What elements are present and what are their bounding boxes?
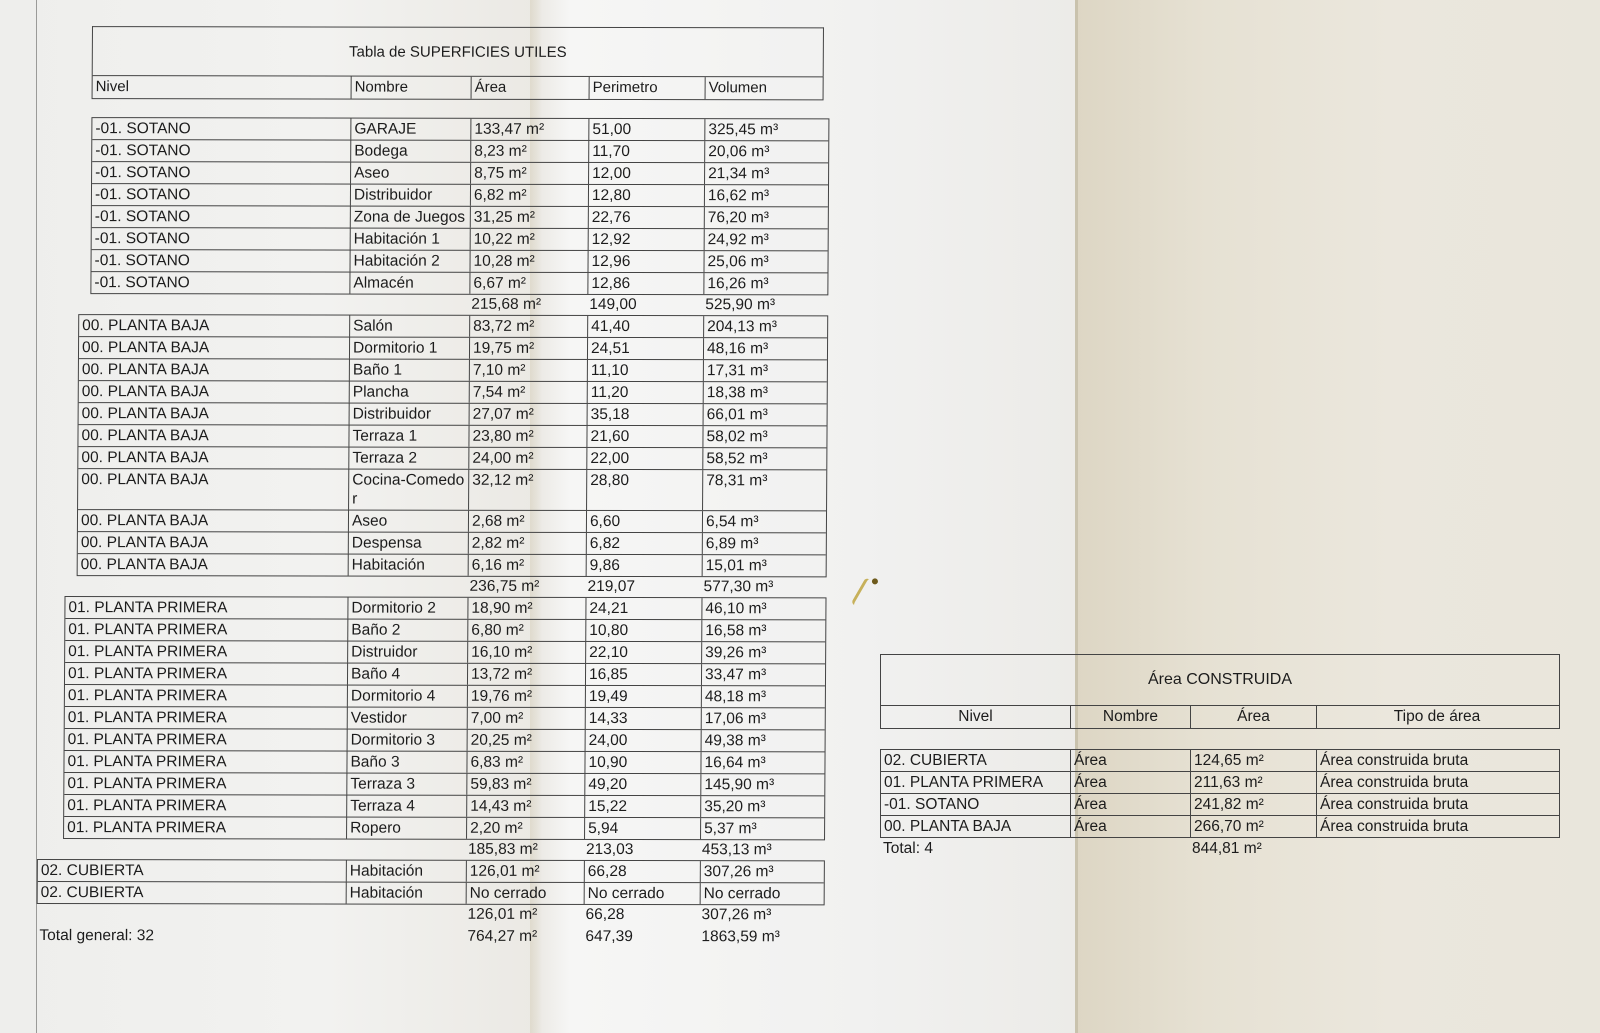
cell-tipo: Área construida bruta	[1316, 816, 1557, 837]
cell-area: 2,68 m²	[468, 511, 586, 532]
subtotal-row: 126,01 m²66,28307,26 m³	[37, 904, 825, 925]
table-row: 00. PLANTA BAJAAseo2,68 m²6,606,54 m³	[78, 509, 826, 532]
cell-perimetro: 14,33	[585, 708, 701, 729]
cell-perimetro: 24,00	[585, 730, 701, 751]
table-groups: -01. SOTANOGARAJE133,47 m²51,00325,45 m³…	[35, 117, 830, 925]
cell-nivel: 01. PLANTA PRIMERA	[65, 663, 347, 684]
cell-perimetro: 51,00	[588, 119, 704, 140]
cell-perimetro: No cerrado	[584, 883, 700, 904]
cell-perimetro: 28,80	[586, 470, 702, 510]
cell-perimetro: 12,00	[588, 163, 704, 184]
cell-nivel: 00. PLANTA BAJA	[79, 381, 349, 402]
cell-nivel: 00. PLANTA BAJA	[78, 554, 348, 575]
cell-area: 7,00 m²	[467, 708, 585, 729]
cell-volumen: 5,37 m³	[700, 818, 818, 839]
cell-volumen: 18,38 m³	[703, 382, 821, 403]
cell-nombre: Vestidor	[347, 708, 467, 729]
subtotal-row: 185,83 m²213,03453,13 m³	[63, 839, 825, 860]
construida-total-value: 844,81 m²	[1189, 838, 1315, 860]
table-row: 02. CUBIERTAHabitación126,01 m²66,28307,…	[38, 860, 824, 882]
cell-perimetro: 49,20	[584, 774, 700, 795]
subtotal-perimetro: 66,28	[583, 905, 699, 925]
cell-volumen: 25,06 m³	[703, 251, 821, 272]
cell-nombre: Terraza 4	[346, 796, 466, 817]
table-row: 00. PLANTA BAJABaño 17,10 m²11,1017,31 m…	[79, 358, 827, 381]
cell-area: 266,70 m²	[1190, 816, 1316, 837]
cell-volumen: 6,54 m³	[702, 511, 820, 532]
cell-nombre: Zona de Juegos	[350, 207, 470, 228]
paper-edge	[1075, 0, 1078, 1033]
column-header-area: Área	[1190, 706, 1316, 728]
cell-nivel: 00. PLANTA BAJA	[79, 403, 349, 424]
level-table: 02. CUBIERTAHabitación126,01 m²66,28307,…	[37, 859, 825, 905]
level-table: -01. SOTANOGARAJE133,47 m²51,00325,45 m³…	[90, 117, 829, 295]
cell-area: 20,25 m²	[467, 730, 585, 751]
cell-volumen: 16,64 m³	[700, 752, 818, 773]
subtotal-volumen: 577,30 m³	[701, 577, 819, 597]
table-row: -01. SOTANOAlmacén6,67 m²12,8616,26 m³	[91, 271, 827, 294]
cell-tipo: Área construida bruta	[1316, 750, 1557, 771]
cell-area: 126,01 m²	[466, 861, 584, 882]
table-row: 00. PLANTA BAJASalón83,72 m²41,40204,13 …	[79, 315, 827, 337]
cell-nivel: 00. PLANTA BAJA	[78, 510, 348, 531]
cell-perimetro: 5,94	[584, 818, 700, 839]
table-row: 01. PLANTA PRIMERATerraza 359,83 m²49,20…	[64, 772, 824, 795]
cell-volumen: No cerrado	[700, 883, 818, 904]
cell-area: 6,80 m²	[467, 620, 585, 641]
cell-nombre: Almacén	[349, 273, 469, 294]
cell-nivel: 00. PLANTA BAJA	[78, 532, 348, 553]
cell-volumen: 48,16 m³	[703, 338, 821, 359]
table-header: Nivel Nombre Área Perimetro Volumen	[92, 75, 824, 100]
cell-volumen: 16,58 m³	[701, 620, 819, 641]
cell-volumen: 21,34 m³	[704, 163, 822, 184]
cell-volumen: 24,92 m³	[704, 229, 822, 250]
cell-area: No cerrado	[466, 883, 584, 904]
cell-area: 8,23 m²	[470, 141, 588, 162]
cell-area: 59,83 m²	[466, 774, 584, 795]
table-row: 01. PLANTA PRIMERARopero2,20 m²5,945,37 …	[64, 816, 824, 839]
cell-perimetro: 22,00	[586, 448, 702, 469]
table-title: Tabla de SUPERFICIES UTILES	[92, 26, 824, 76]
cell-nombre: Área	[1070, 750, 1190, 771]
cell-area: 24,00 m²	[468, 448, 586, 469]
cell-nombre: Plancha	[349, 382, 469, 403]
subtotal-volumen: 307,26 m³	[699, 905, 817, 925]
cell-perimetro: 12,92	[588, 229, 704, 250]
paper-right-page	[1075, 0, 1600, 1033]
superficies-utiles-table: Tabla de SUPERFICIES UTILES Nivel Nombre…	[34, 26, 830, 947]
table-row: 01. PLANTA PRIMERABaño 26,80 m²10,8016,5…	[65, 618, 825, 641]
cell-nombre: Habitación 2	[349, 251, 469, 272]
cell-perimetro: 11,20	[587, 382, 703, 403]
cell-area: 2,20 m²	[466, 818, 584, 839]
table-row: 00. PLANTA BAJADistribuidor27,07 m²35,18…	[79, 402, 827, 425]
subtotal-perimetro: 149,00	[586, 295, 702, 315]
column-header-nombre: Nombre	[351, 77, 471, 99]
construida-header: Nivel Nombre Área Tipo de área	[880, 705, 1560, 729]
cell-nombre: Baño 2	[347, 620, 467, 641]
cell-nivel: 01. PLANTA PRIMERA	[65, 685, 347, 706]
cell-volumen: 307,26 m³	[700, 861, 818, 882]
cell-nivel: 00. PLANTA BAJA	[79, 315, 349, 336]
cell-volumen: 76,20 m³	[704, 207, 822, 228]
subtotal-area: 185,83 m²	[465, 840, 583, 860]
subtotal-volumen: 525,90 m³	[702, 295, 820, 315]
cell-perimetro: 19,49	[585, 686, 701, 707]
cell-nombre: Salón	[349, 316, 469, 337]
cell-nivel: -01. SOTANO	[92, 118, 350, 139]
column-header-volumen: Volumen	[705, 77, 823, 99]
cell-volumen: 33,47 m³	[701, 664, 819, 685]
cell-nombre: Baño 4	[347, 664, 467, 685]
construida-title: Área CONSTRUIDA	[880, 654, 1560, 705]
total-general-row: Total general: 32 764,27 m² 647,39 1863,…	[36, 926, 824, 947]
cell-nivel: 02. CUBIERTA	[881, 750, 1070, 771]
cell-area: 19,76 m²	[467, 686, 585, 707]
cell-nombre: Área	[1070, 794, 1190, 815]
table-row: 02. CUBIERTAÁrea124,65 m²Área construida…	[881, 750, 1559, 771]
cell-nombre: Despensa	[348, 533, 468, 554]
cell-nombre: Bodega	[350, 141, 470, 162]
cell-nivel: -01. SOTANO	[92, 162, 350, 183]
cell-area: 18,90 m²	[467, 598, 585, 619]
cell-volumen: 46,10 m³	[701, 598, 819, 619]
cell-perimetro: 6,60	[586, 511, 702, 532]
table-row: -01. SOTANOHabitación 110,22 m²12,9224,9…	[92, 227, 828, 250]
table-row: 01. PLANTA PRIMERADormitorio 218,90 m²24…	[65, 597, 825, 619]
cell-nivel: 01. PLANTA PRIMERA	[64, 817, 346, 838]
cell-area: 2,82 m²	[468, 533, 586, 554]
cell-area: 6,67 m²	[469, 273, 587, 294]
cell-nivel: -01. SOTANO	[91, 272, 349, 293]
cell-volumen: 16,62 m³	[704, 185, 822, 206]
cell-nivel: 01. PLANTA PRIMERA	[65, 597, 347, 618]
cell-perimetro: 21,60	[586, 426, 702, 447]
cell-tipo: Área construida bruta	[1316, 772, 1557, 793]
cell-area: 83,72 m²	[469, 316, 587, 337]
cell-nombre: Terraza 1	[348, 426, 468, 447]
cell-nivel: 00. PLANTA BAJA	[881, 816, 1070, 837]
cell-nombre: Habitación 1	[350, 229, 470, 250]
cell-nombre: Dormitorio 2	[347, 598, 467, 619]
table-row: -01. SOTANODistribuidor6,82 m²12,8016,62…	[92, 183, 828, 206]
table-row: 00. PLANTA BAJAHabitación6,16 m²9,8615,0…	[78, 553, 826, 576]
cell-volumen: 66,01 m³	[703, 404, 821, 425]
cell-area: 19,75 m²	[469, 338, 587, 359]
cell-volumen: 48,18 m³	[701, 686, 819, 707]
table-row: 01. PLANTA PRIMERATerraza 414,43 m²15,22…	[64, 794, 824, 817]
subtotal-area: 215,68 m²	[468, 295, 586, 315]
subtotal-area: 236,75 m²	[467, 577, 585, 597]
table-row: 00. PLANTA BAJAPlancha7,54 m²11,2018,38 …	[79, 380, 827, 403]
total-general-volumen: 1863,59 m³	[698, 927, 816, 947]
cell-nivel: 01. PLANTA PRIMERA	[65, 641, 347, 662]
cell-nombre: Ropero	[346, 818, 466, 839]
cell-perimetro: 16,85	[585, 664, 701, 685]
column-header-perimetro: Perimetro	[589, 77, 705, 99]
cell-volumen: 204,13 m³	[703, 316, 821, 337]
subtotal-row: 215,68 m²149,00525,90 m³	[90, 294, 828, 315]
cell-nombre: Habitación	[346, 883, 466, 904]
cell-nivel: 00. PLANTA BAJA	[79, 359, 349, 380]
table-row: -01. SOTANOGARAJE133,47 m²51,00325,45 m³	[92, 118, 828, 140]
cell-perimetro: 10,80	[585, 620, 701, 641]
cell-nivel: 00. PLANTA BAJA	[78, 447, 348, 468]
cell-nivel: 01. PLANTA PRIMERA	[881, 772, 1070, 793]
cell-nombre: Habitación	[346, 861, 466, 882]
cell-volumen: 20,06 m³	[704, 141, 822, 162]
cell-perimetro: 10,90	[584, 752, 700, 773]
subtotal-perimetro: 213,03	[583, 840, 699, 860]
table-row: -01. SOTANOHabitación 210,28 m²12,9625,0…	[92, 249, 828, 272]
subtotal-perimetro: 219,07	[585, 577, 701, 597]
table-row: 00. PLANTA BAJATerraza 224,00 m²22,0058,…	[78, 446, 826, 469]
cell-nivel: -01. SOTANO	[881, 794, 1070, 815]
cell-nivel: -01. SOTANO	[92, 184, 350, 205]
table-row: -01. SOTANOÁrea241,82 m²Área construida …	[881, 793, 1559, 815]
table-row: 01. PLANTA PRIMERABaño 413,72 m²16,8533,…	[65, 662, 825, 685]
cell-perimetro: 35,18	[587, 404, 703, 425]
cell-volumen: 49,38 m³	[701, 730, 819, 751]
cell-nivel: -01. SOTANO	[92, 228, 350, 249]
cell-nivel: 01. PLANTA PRIMERA	[64, 795, 346, 816]
cell-volumen: 145,90 m³	[700, 774, 818, 795]
table-row: 01. PLANTA PRIMERAVestidor7,00 m²14,3317…	[65, 706, 825, 729]
cell-area: 32,12 m²	[468, 470, 586, 510]
cell-area: 211,63 m²	[1190, 772, 1316, 793]
table-row: 01. PLANTA PRIMERABaño 36,83 m²10,9016,6…	[64, 750, 824, 773]
level-table: 00. PLANTA BAJASalón83,72 m²41,40204,13 …	[77, 314, 829, 577]
cell-volumen: 39,26 m³	[701, 642, 819, 663]
cell-nombre: Dormitorio 3	[347, 730, 467, 751]
cell-nombre: Dormitorio 4	[347, 686, 467, 707]
cell-nivel: 02. CUBIERTA	[38, 860, 346, 882]
cell-volumen: 325,45 m³	[704, 119, 822, 140]
cell-volumen: 17,06 m³	[701, 708, 819, 729]
table-row: 00. PLANTA BAJATerraza 123,80 m²21,6058,…	[78, 424, 826, 447]
cell-nivel: 00. PLANTA BAJA	[78, 425, 348, 446]
construida-total-label: Total: 4	[880, 838, 1069, 860]
cell-nombre: Distruidor	[347, 642, 467, 663]
cell-nombre: Baño 1	[349, 360, 469, 381]
cell-perimetro: 9,86	[586, 555, 702, 576]
cell-area: 31,25 m²	[470, 207, 588, 228]
cell-nombre: Área	[1070, 816, 1190, 837]
cell-nombre: Área	[1070, 772, 1190, 793]
cell-area: 23,80 m²	[468, 426, 586, 447]
cell-perimetro: 66,28	[584, 861, 700, 882]
cell-perimetro: 24,51	[587, 338, 703, 359]
construida-body: 02. CUBIERTAÁrea124,65 m²Área construida…	[880, 749, 1560, 838]
cell-nombre: Aseo	[350, 163, 470, 184]
level-group: 02. CUBIERTAHabitación126,01 m²66,28307,…	[35, 859, 825, 925]
subtotal-area: 126,01 m²	[465, 905, 583, 925]
cell-perimetro: 6,82	[586, 533, 702, 554]
cell-perimetro: 24,21	[585, 598, 701, 619]
cell-perimetro: 12,96	[587, 251, 703, 272]
cell-perimetro: 41,40	[587, 316, 703, 337]
cell-nombre: Habitación	[348, 555, 468, 576]
cell-area: 6,16 m²	[468, 555, 586, 576]
subtotal-volumen: 453,13 m³	[699, 840, 817, 860]
table-row: 01. PLANTA PRIMERADormitorio 419,76 m²19…	[65, 684, 825, 707]
total-general-area: 764,27 m²	[464, 927, 582, 947]
cell-area: 7,54 m²	[469, 382, 587, 403]
cell-perimetro: 12,80	[588, 185, 704, 206]
cell-nivel: -01. SOTANO	[92, 250, 350, 271]
cell-perimetro: 22,76	[588, 207, 704, 228]
cell-area: 10,22 m²	[470, 229, 588, 250]
cell-nivel: 01. PLANTA PRIMERA	[65, 619, 347, 640]
cell-volumen: 15,01 m³	[702, 555, 820, 576]
table-row: 01. PLANTA PRIMERADistruidor16,10 m²22,1…	[65, 640, 825, 663]
cell-volumen: 6,89 m³	[702, 533, 820, 554]
table-row: 00. PLANTA BAJADormitorio 119,75 m²24,51…	[79, 336, 827, 359]
cell-area: 124,65 m²	[1190, 750, 1316, 771]
cell-nivel: 02. CUBIERTA	[38, 882, 346, 904]
cell-nombre: Baño 3	[346, 752, 466, 773]
cell-volumen: 16,26 m³	[703, 273, 821, 294]
cell-area: 6,83 m²	[466, 752, 584, 773]
table-row: -01. SOTANOBodega8,23 m²11,7020,06 m³	[92, 139, 828, 162]
cell-perimetro: 11,70	[588, 141, 704, 162]
cell-area: 16,10 m²	[467, 642, 585, 663]
cell-nivel: -01. SOTANO	[92, 140, 350, 161]
column-header-nivel: Nivel	[93, 76, 351, 98]
cell-area: 8,75 m²	[470, 163, 588, 184]
cell-nombre: Cocina-Comedor	[348, 470, 468, 510]
column-header-area: Área	[471, 77, 589, 99]
total-general-label: Total general: 32	[36, 926, 464, 947]
cell-volumen: 58,02 m³	[702, 426, 820, 447]
cell-area: 13,72 m²	[467, 664, 585, 685]
cell-nivel: 01. PLANTA PRIMERA	[65, 729, 347, 750]
cell-nivel: -01. SOTANO	[92, 206, 350, 227]
cell-volumen: 17,31 m³	[703, 360, 821, 381]
cell-nombre: Aseo	[348, 511, 468, 532]
construida-total-row: Total: 4 844,81 m²	[880, 838, 1560, 860]
table-row: 01. PLANTA PRIMERAÁrea211,63 m²Área cons…	[881, 771, 1559, 793]
table-row: 00. PLANTA BAJACocina-Comedor32,12 m²28,…	[78, 468, 826, 510]
cell-area: 7,10 m²	[469, 360, 587, 381]
column-header-nombre: Nombre	[1070, 706, 1190, 728]
cell-nivel: 01. PLANTA PRIMERA	[65, 707, 347, 728]
table-row: -01. SOTANOAseo8,75 m²12,0021,34 m³	[92, 161, 828, 184]
cell-nivel: 00. PLANTA BAJA	[78, 469, 348, 509]
cell-nombre: GARAJE	[350, 119, 470, 140]
cell-volumen: 35,20 m³	[700, 796, 818, 817]
cell-nombre: Dormitorio 1	[349, 338, 469, 359]
cell-area: 241,82 m²	[1190, 794, 1316, 815]
level-group: -01. SOTANOGARAJE133,47 m²51,00325,45 m³…	[38, 117, 829, 315]
subtotal-row: 236,75 m²219,07577,30 m³	[77, 576, 827, 597]
cell-volumen: 58,52 m³	[702, 448, 820, 469]
cell-nivel: 00. PLANTA BAJA	[79, 337, 349, 358]
cell-nombre: Distribuidor	[350, 185, 470, 206]
table-row: -01. SOTANOZona de Juegos31,25 m²22,7676…	[92, 205, 828, 228]
table-row: 01. PLANTA PRIMERADormitorio 320,25 m²24…	[65, 728, 825, 751]
column-header-nivel: Nivel	[881, 706, 1070, 728]
cell-tipo: Área construida bruta	[1316, 794, 1557, 815]
cell-area: 10,28 m²	[469, 251, 587, 272]
cell-perimetro: 15,22	[584, 796, 700, 817]
cell-area: 6,82 m²	[470, 185, 588, 206]
total-general-perimetro: 647,39	[582, 927, 698, 947]
cell-volumen: 78,31 m³	[702, 470, 820, 510]
cell-area: 27,07 m²	[469, 404, 587, 425]
level-table: 01. PLANTA PRIMERADormitorio 218,90 m²24…	[63, 596, 826, 840]
level-group: 00. PLANTA BAJASalón83,72 m²41,40204,13 …	[37, 314, 829, 597]
cell-perimetro: 11,10	[587, 360, 703, 381]
cell-perimetro: 22,10	[585, 642, 701, 663]
cell-perimetro: 12,86	[587, 273, 703, 294]
table-row: 02. CUBIERTAHabitaciónNo cerradoNo cerra…	[38, 881, 824, 904]
table-row: 00. PLANTA BAJAÁrea266,70 m²Área constru…	[881, 815, 1559, 837]
table-row: 00. PLANTA BAJADespensa2,82 m²6,826,89 m…	[78, 531, 826, 554]
cell-nombre: Distribuidor	[349, 404, 469, 425]
cell-area: 133,47 m²	[470, 119, 588, 140]
cell-area: 14,43 m²	[466, 796, 584, 817]
cell-nombre: Terraza 3	[346, 774, 466, 795]
cell-nombre: Terraza 2	[348, 448, 468, 469]
cell-nivel: 01. PLANTA PRIMERA	[64, 751, 346, 772]
cell-nivel: 01. PLANTA PRIMERA	[64, 773, 346, 794]
level-group: 01. PLANTA PRIMERADormitorio 218,90 m²24…	[35, 596, 827, 860]
column-header-tipo: Tipo de área	[1316, 706, 1557, 728]
area-construida-table: Área CONSTRUIDA Nivel Nombre Área Tipo d…	[880, 654, 1560, 860]
